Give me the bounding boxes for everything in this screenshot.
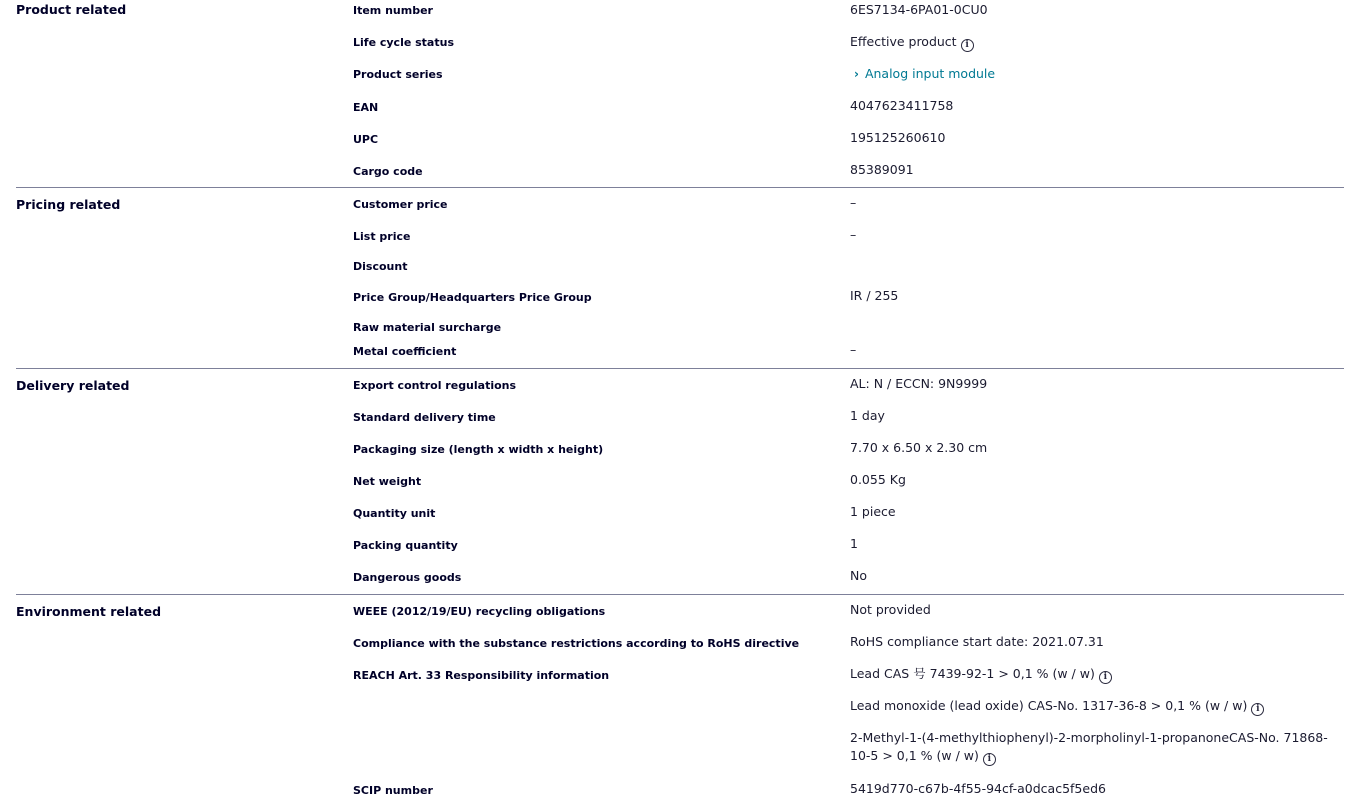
field-label: Export control regulations <box>353 379 516 392</box>
field-value: 1 day <box>850 407 1346 425</box>
field-value: Lead CAS 号 7439-92-1 > 0,1 % (w / w)i <box>850 665 1346 684</box>
section-title: Pricing related <box>16 197 120 212</box>
reach-substance-lead-monoxide: Lead monoxide (lead oxide) CAS-No. 1317-… <box>850 698 1247 713</box>
field-label: Standard delivery time <box>353 411 496 424</box>
field-label: SCIP number <box>353 784 433 797</box>
field-value: 195125260610 <box>850 129 1346 147</box>
field-label: Dangerous goods <box>353 571 461 584</box>
section-title: Product related <box>16 2 126 17</box>
field-label: List price <box>353 230 410 243</box>
section-product-related: Product related Item number 6ES7134-6PA0… <box>16 0 1344 188</box>
field-value: – <box>850 226 1346 244</box>
field-value: 2-Methyl-1-(4-methylthiophenyl)-2-morpho… <box>850 729 1346 766</box>
field-label: WEEE (2012/19/EU) recycling obligations <box>353 605 605 618</box>
chevron-right-icon: › <box>854 65 859 83</box>
info-icon[interactable]: i <box>983 753 996 766</box>
field-value: AL: N / ECCN: 9N9999 <box>850 375 1346 393</box>
field-label: Customer price <box>353 198 448 211</box>
field-value: 1 piece <box>850 503 1346 521</box>
field-value: – <box>850 341 1346 359</box>
field-value: No <box>850 567 1346 585</box>
field-label: Compliance with the substance restrictio… <box>353 637 799 650</box>
field-label: Product series <box>353 68 443 81</box>
field-value: Effective producti <box>850 33 1346 52</box>
section-environment-related: Environment related WEEE (2012/19/EU) re… <box>16 595 1344 800</box>
field-label: Item number <box>353 4 433 17</box>
product-details-table: Product related Item number 6ES7134-6PA0… <box>16 0 1344 800</box>
field-label: Life cycle status <box>353 36 454 49</box>
field-label: Price Group/Headquarters Price Group <box>353 291 592 304</box>
section-pricing-related: Pricing related Customer price – List pr… <box>16 188 1344 369</box>
field-value: ›Analog input module <box>850 65 1346 83</box>
field-label: Net weight <box>353 475 421 488</box>
field-value: Not provided <box>850 601 1346 619</box>
field-value: – <box>850 194 1346 212</box>
field-label: Quantity unit <box>353 507 435 520</box>
product-series-link[interactable]: Analog input module <box>865 66 995 81</box>
field-label: Raw material surcharge <box>353 321 501 334</box>
field-value: RoHS compliance start date: 2021.07.31 <box>850 633 1346 651</box>
reach-substance-lead: Lead CAS 号 7439-92-1 > 0,1 % (w / w) <box>850 666 1095 681</box>
lifecycle-status-text: Effective product <box>850 34 957 49</box>
field-label: Metal coefficient <box>353 345 456 358</box>
field-value: 4047623411758 <box>850 97 1346 115</box>
section-title: Delivery related <box>16 378 129 393</box>
info-icon[interactable]: i <box>961 39 974 52</box>
field-label: REACH Art. 33 Responsibility information <box>353 669 609 682</box>
reach-substance-propanone: 2-Methyl-1-(4-methylthiophenyl)-2-morpho… <box>850 730 1328 763</box>
field-label: Cargo code <box>353 165 423 178</box>
field-value: 0.055 Kg <box>850 471 1346 489</box>
info-icon[interactable]: i <box>1251 703 1264 716</box>
field-label: Discount <box>353 260 407 273</box>
section-delivery-related: Delivery related Export control regulati… <box>16 369 1344 595</box>
field-value: 7.70 x 6.50 x 2.30 cm <box>850 439 1346 457</box>
field-value: Lead monoxide (lead oxide) CAS-No. 1317-… <box>850 697 1346 716</box>
field-label: UPC <box>353 133 378 146</box>
info-icon[interactable]: i <box>1099 671 1112 684</box>
field-label: Packaging size (length x width x height) <box>353 443 603 456</box>
field-label: Packing quantity <box>353 539 458 552</box>
field-value: 5419d770-c67b-4f55-94cf-a0dcac5f5ed6 <box>850 780 1346 798</box>
field-value: 85389091 <box>850 161 1346 179</box>
field-value: 6ES7134-6PA01-0CU0 <box>850 1 1346 19</box>
field-label: EAN <box>353 101 378 114</box>
field-value: IR / 255 <box>850 287 1346 305</box>
field-value: 1 <box>850 535 1346 553</box>
section-title: Environment related <box>16 604 161 619</box>
